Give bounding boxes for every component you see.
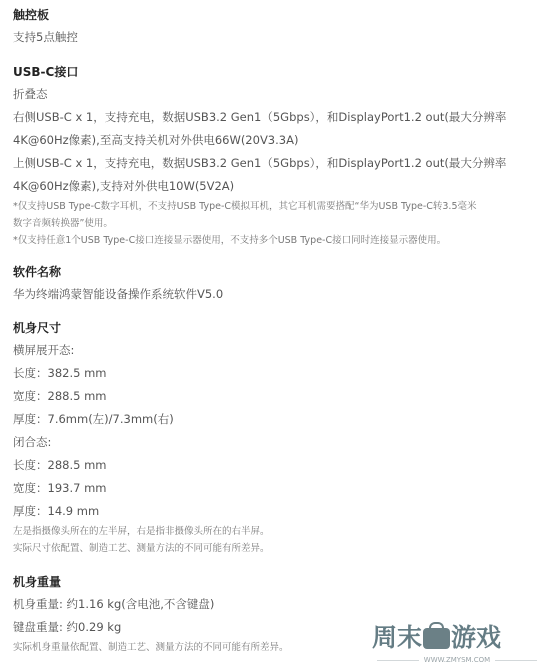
section-touchpad: 触控板 支持5点触控 (13, 6, 78, 49)
section-title: 机身尺寸 (13, 319, 270, 337)
section-title: USB-C接口 (13, 63, 506, 81)
section-dimensions: 机身尺寸 横屏展开态: 长度：382.5 mm 宽度：288.5 mm 厚度：7… (13, 319, 270, 557)
section-title: 触控板 (13, 6, 78, 24)
watermark-logo: 周末 游戏 WWW.ZMYSM.COM (372, 622, 542, 667)
spec-line: 支持5点触控 (13, 26, 78, 49)
watermark-text-left: 周末 (372, 622, 422, 654)
watermark-title: 周末 游戏 (372, 622, 542, 654)
watermark-url: WWW.ZMYSM.COM (424, 656, 490, 664)
spec-note: *仅支持USB Type-C数字耳机，不支持USB Type-C模拟耳机，其它耳… (13, 198, 483, 232)
section-weight: 机身重量 机身重量: 约1.16 kg(含电池,不含键盘) 键盘重量: 约0.2… (13, 573, 289, 656)
spec-note: *仅支持任意1个USB Type-C接口连接显示器使用，不支持多个USB Typ… (13, 232, 493, 249)
spec-note: 实际机身重量依配置、制造工艺、测量方法的不同可能有所差异。 (13, 639, 289, 656)
spec-line: 折叠态 (13, 83, 506, 106)
section-software: 软件名称 华为终端鸿蒙智能设备操作系统软件V5.0 (13, 263, 223, 306)
section-title: 机身重量 (13, 573, 289, 591)
spec-line: 宽度：193.7 mm (13, 477, 270, 500)
spec-line: 右侧USB-C x 1，支持充电，数据USB3.2 Gen1（5Gbps），和D… (13, 106, 506, 129)
gamepad-icon (423, 628, 450, 649)
spec-line: 长度：382.5 mm (13, 362, 270, 385)
spec-note: 实际尺寸依配置、制造工艺、测量方法的不同可能有所差异。 (13, 540, 270, 557)
watermark-url-row: WWW.ZMYSM.COM (372, 656, 542, 664)
spec-line: 键盘重量: 约0.29 kg (13, 616, 289, 639)
spec-line: 长度：288.5 mm (13, 454, 270, 477)
divider (495, 660, 537, 661)
spec-line: 闭合态: (13, 431, 270, 454)
spec-line: 厚度：14.9 mm (13, 500, 270, 523)
spec-line: 横屏展开态: (13, 339, 270, 362)
spec-line: 厚度：7.6mm(左)/7.3mm(右) (13, 408, 270, 431)
spec-line: 4K@60Hz像素),至高支持关机对外供电66W(20V3.3A) (13, 129, 506, 152)
spec-line: 宽度：288.5 mm (13, 385, 270, 408)
watermark-text-right: 游戏 (451, 622, 501, 654)
spec-line: 机身重量: 约1.16 kg(含电池,不含键盘) (13, 593, 289, 616)
spec-line: 4K@60Hz像素),支持对外供电10W(5V2A) (13, 175, 506, 198)
spec-line: 上侧USB-C x 1，支持充电，数据USB3.2 Gen1（5Gbps），和D… (13, 152, 506, 175)
section-title: 软件名称 (13, 263, 223, 281)
divider (377, 660, 419, 661)
spec-line: 华为终端鸿蒙智能设备操作系统软件V5.0 (13, 283, 223, 306)
spec-note: 左是指摄像头所在的左半屏，右是指非摄像头所在的右半屏。 (13, 523, 270, 540)
section-usb-c: USB-C接口 折叠态 右侧USB-C x 1，支持充电，数据USB3.2 Ge… (13, 63, 506, 249)
